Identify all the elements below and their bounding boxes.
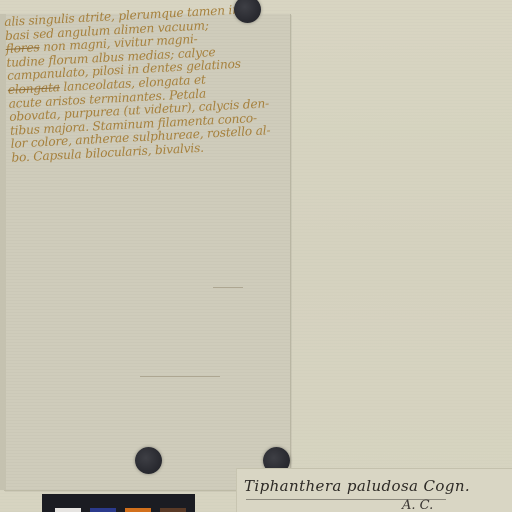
swatch-orange: [125, 508, 151, 512]
swatch-brown: [160, 508, 186, 512]
manuscript-text: alis singulis atrite, plerumque tamen in…: [4, 1, 293, 165]
ink-stain: [213, 287, 243, 288]
determination-label-text: Tiphanthera paludosa Cogn.: [244, 477, 470, 495]
swatch-white: [55, 508, 81, 512]
swatch-blue: [90, 508, 116, 512]
color-calibration-card: [42, 494, 195, 512]
note-left-edge: [0, 14, 6, 490]
ink-stain: [140, 376, 220, 377]
pin-bottom-left: [135, 447, 162, 474]
determination-label-subtext: A. C.: [402, 498, 433, 512]
